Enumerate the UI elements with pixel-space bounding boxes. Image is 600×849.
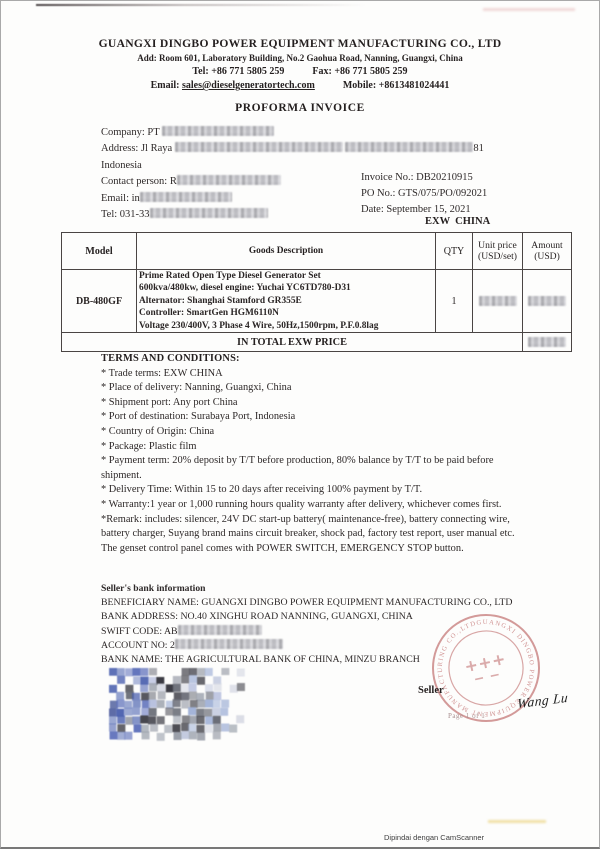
seller-tel: Tel: +86 771 5805 259 (192, 66, 284, 77)
col-header-unit-price: Unit price (USD/set) (473, 233, 523, 270)
term-item: * Country of Origin: China (101, 425, 528, 440)
redacted-unit-price (479, 296, 517, 306)
terms-section: TERMS AND CONDITIONS: * Trade terms: EXW… (101, 352, 528, 556)
cell-amount (523, 270, 572, 333)
redacted-contact (177, 175, 281, 185)
term-item: * Warranty:1 year or 1,000 running hours… (101, 498, 528, 513)
scan-streak (488, 820, 546, 823)
redacted-account (175, 639, 283, 649)
total-row: IN TOTAL EXW PRICE (62, 333, 572, 352)
seller-phone-line: Tel: +86 771 5805 259Fax: +86 771 5805 2… (1, 66, 599, 77)
invoice-number: Invoice No.: DB20210915 (361, 170, 487, 186)
cell-unit-price (473, 270, 523, 333)
redacted-address-2 (345, 142, 473, 152)
col-header-qty: QTY (436, 233, 473, 270)
stamp-center-glyphs (465, 654, 506, 680)
seller-email-label: Email: (151, 80, 180, 91)
seller-email-link[interactable]: sales@dieselgeneratortech.com (182, 80, 315, 91)
col-header-model: Model (62, 233, 137, 270)
term-item: * Port of destination: Surabaya Port, In… (101, 410, 528, 425)
seller-signature-label: Seller (418, 685, 444, 696)
seller-mobile: Mobile: +8613481024441 (343, 80, 450, 91)
scan-artifact-line (36, 4, 366, 6)
buyer-company-line: Company: PT (101, 125, 401, 141)
term-item: * Delivery Time: Within 15 to 20 days af… (101, 483, 528, 498)
redacted-total-amount (528, 337, 566, 347)
po-number: PO No.: GTS/075/PO/092021 (361, 186, 487, 202)
cell-model: DB-480GF (62, 270, 137, 333)
cell-qty: 1 (436, 270, 473, 333)
incoterm-label: EXW CHINA (425, 216, 490, 227)
redacted-address-1 (175, 142, 343, 152)
cell-description: Prime Rated Open Type Diesel Generator S… (137, 270, 436, 333)
buyer-email-line: Email: in (101, 191, 401, 207)
seller-fax: Fax: +86 771 5805 259 (312, 66, 407, 77)
seller-company-name: GUANGXI DINGBO POWER EQUIPMENT MANUFACTU… (1, 37, 599, 50)
buyer-block: Company: PT Address: Jl Raya 81 Indonesi… (101, 125, 401, 223)
goods-row: DB-480GF Prime Rated Open Type Diesel Ge… (62, 270, 572, 333)
seller-letterhead: GUANGXI DINGBO POWER EQUIPMENT MANUFACTU… (1, 37, 599, 91)
redacted-swift (178, 625, 262, 635)
bank-beneficiary: BENEFICIARY NAME: GUANGXI DINGBO POWER E… (101, 596, 541, 610)
seller-address: Add: Room 601, Laboratory Building, No.2… (1, 53, 599, 63)
term-item: * Place of delivery: Nanning, Guangxi, C… (101, 381, 528, 396)
term-item: * Shipment port: Any port China (101, 396, 528, 411)
redacted-tel (150, 208, 268, 218)
col-header-amount: Amount (USD) (523, 233, 572, 270)
buyer-stamp-mosaic (109, 668, 247, 744)
buyer-tel-line: Tel: 031-33 (101, 207, 401, 223)
camscanner-note: Dipindai dengan CamScanner (384, 833, 484, 842)
redacted-amount (528, 296, 566, 306)
redacted-company (162, 126, 274, 136)
stamp-footnote: Page 1 of 1 (448, 712, 485, 720)
buyer-address-line: Address: Jl Raya 81 (101, 141, 401, 157)
document-title: PROFORMA INVOICE (1, 102, 599, 114)
cell-total-amount (523, 333, 572, 352)
term-item: * Package: Plastic film (101, 440, 528, 455)
scan-smudge (483, 8, 575, 11)
redacted-email (140, 192, 232, 202)
buyer-country: Indonesia (101, 158, 401, 174)
invoice-page: GUANGXI DINGBO POWER EQUIPMENT MANUFACTU… (0, 0, 600, 849)
goods-table: Model Goods Description QTY Unit price (… (61, 232, 572, 352)
terms-heading: TERMS AND CONDITIONS: (101, 352, 528, 367)
seller-email-line: Email: sales@dieselgeneratortech.comMobi… (1, 80, 599, 91)
table-header-row: Model Goods Description QTY Unit price (… (62, 233, 572, 270)
invoice-meta-block: Invoice No.: DB20210915 PO No.: GTS/075/… (361, 170, 487, 218)
term-item: * Trade terms: EXW CHINA (101, 367, 528, 382)
term-item: * Payment term: 20% deposit by T/T befor… (101, 454, 528, 483)
col-header-description: Goods Description (137, 233, 436, 270)
total-label: IN TOTAL EXW PRICE (62, 333, 523, 352)
bank-heading: Seller's bank information (101, 582, 541, 596)
term-item-remark: *Remark: includes: silencer, 24V DC star… (101, 513, 528, 557)
buyer-contact-line: Contact person: R (101, 174, 401, 190)
